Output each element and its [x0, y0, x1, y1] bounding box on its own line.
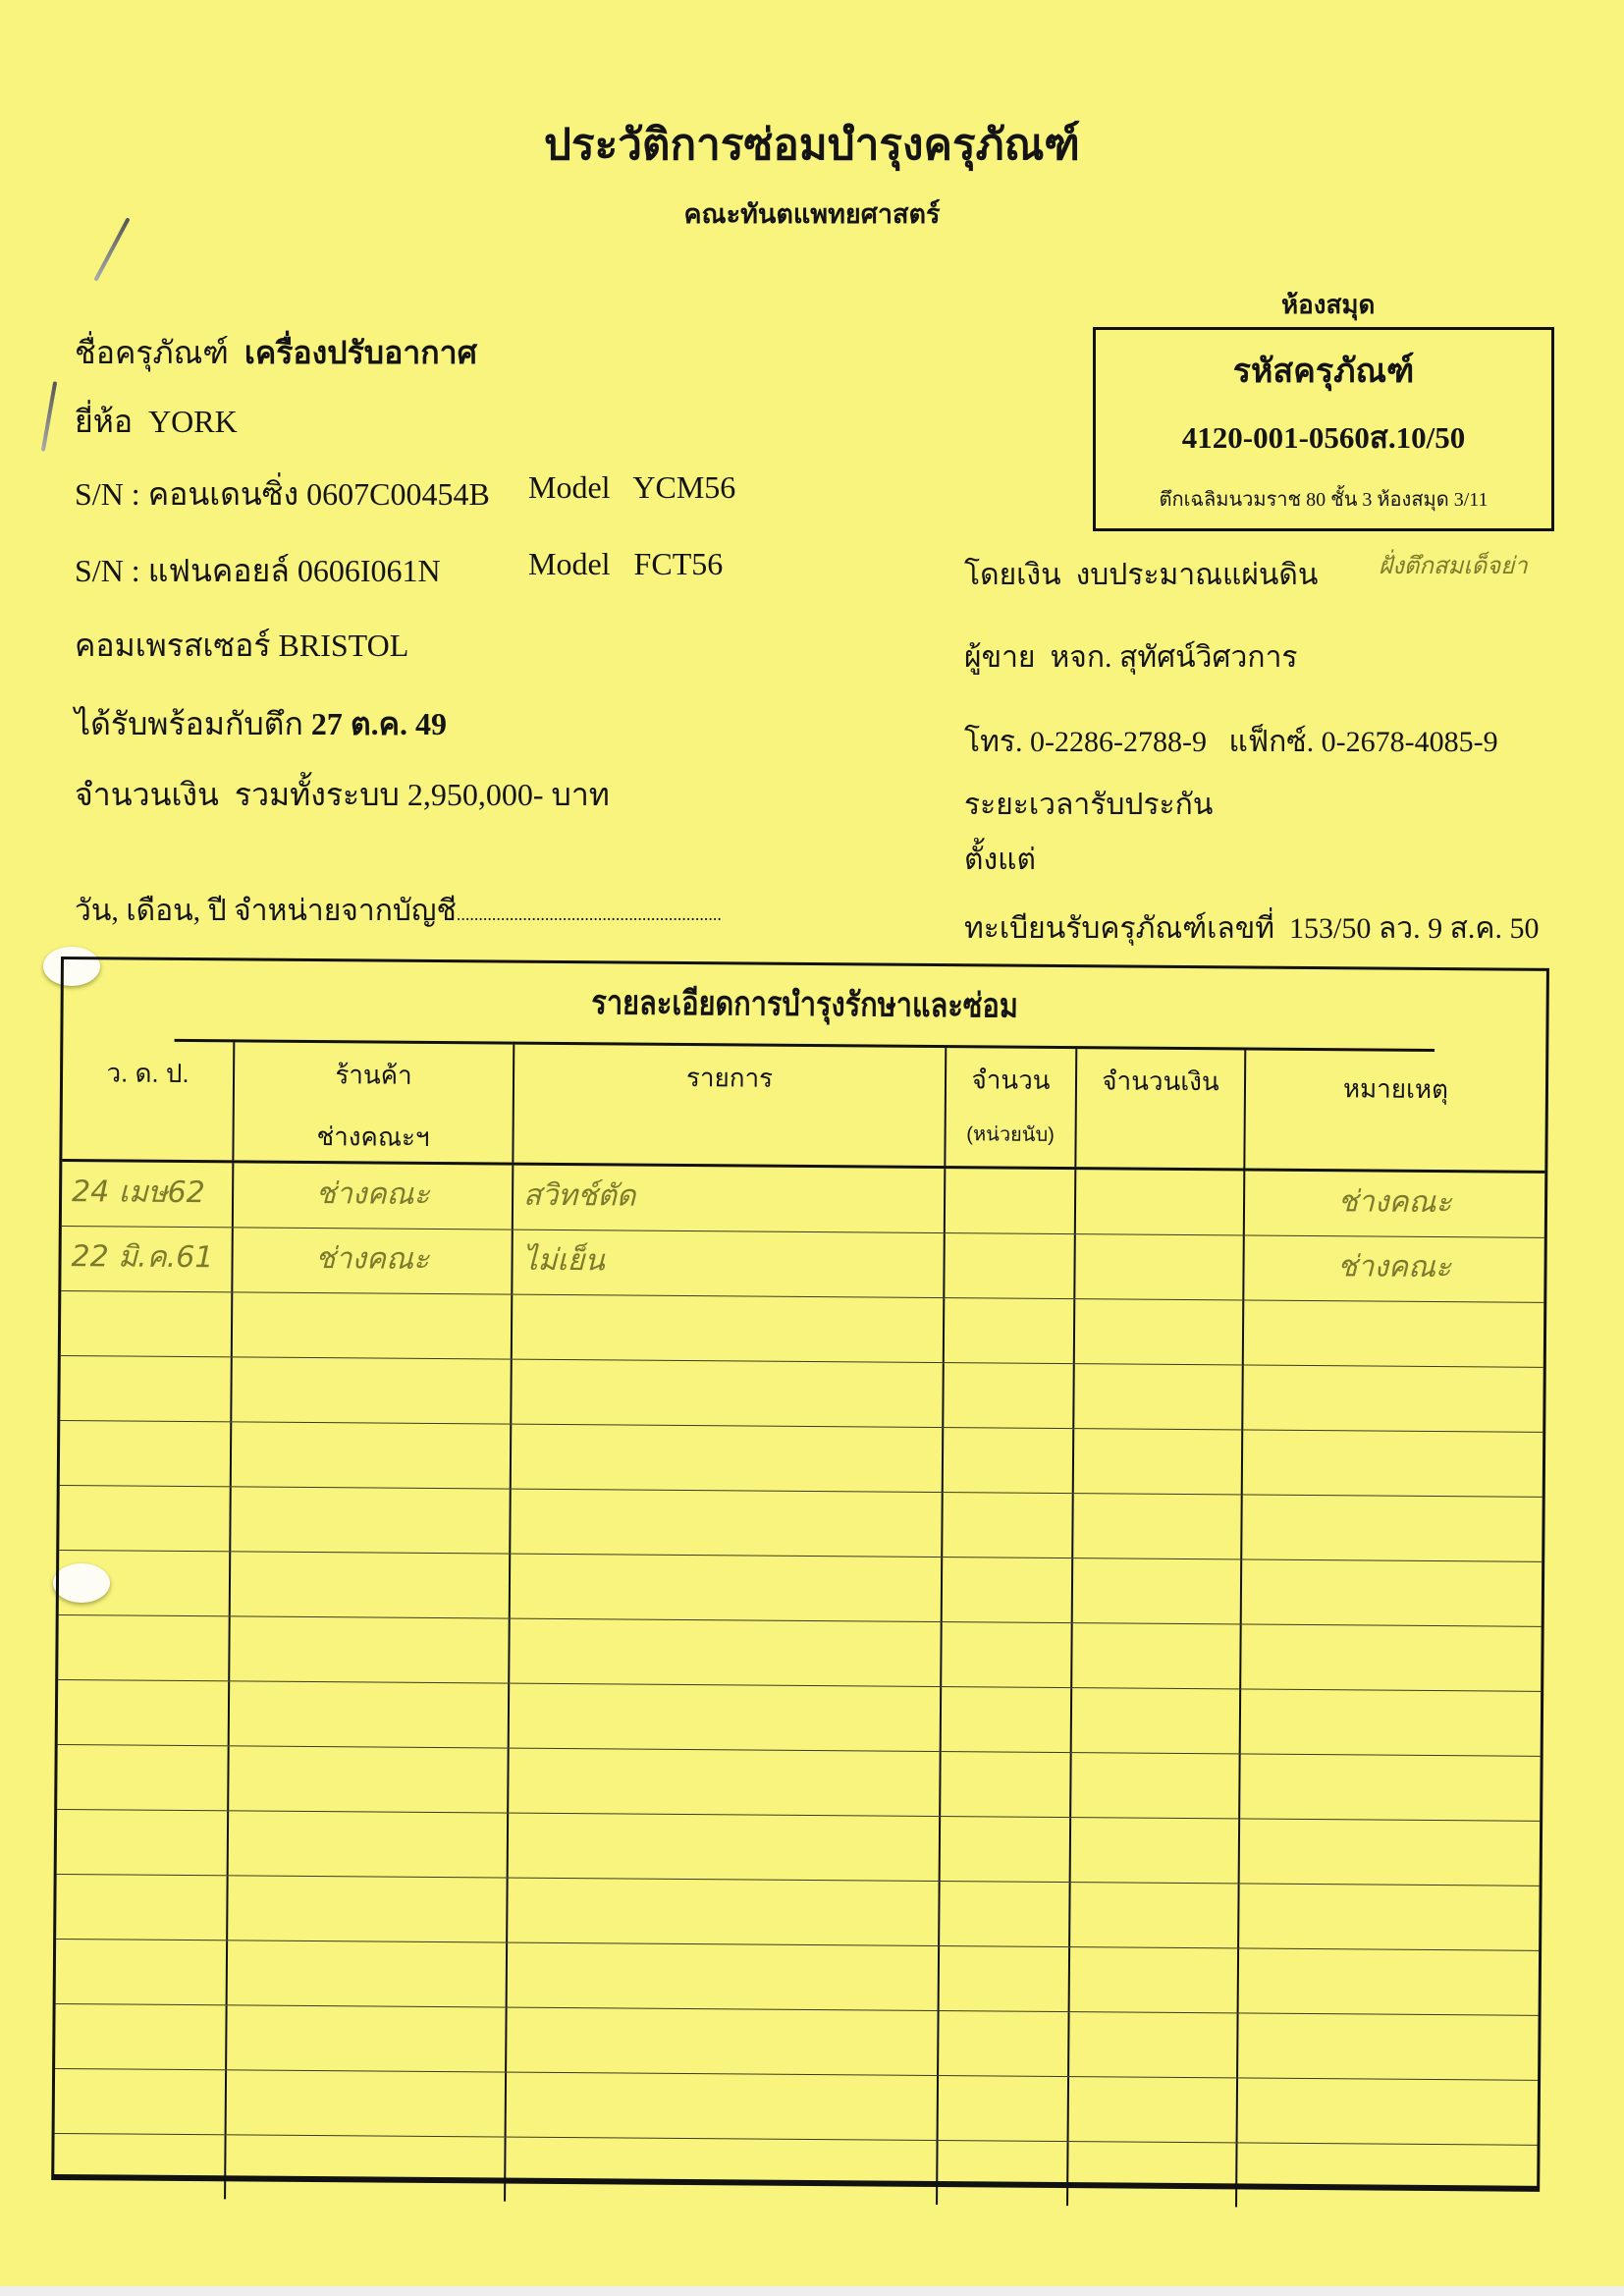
amount-label: จำนวนเงิน [75, 777, 219, 812]
sn2-model-value: FCT56 [634, 546, 724, 581]
cell-quantity [942, 1687, 1073, 1752]
cell-date [61, 1291, 234, 1356]
equipment-name-value: เครื่องปรับอากาศ [244, 335, 477, 370]
sn1-label: S/N : คอนเดนซิ่ง [75, 476, 298, 512]
cell-amount [1073, 1558, 1243, 1623]
cell-amount [1076, 1170, 1246, 1234]
cell-remarks [1244, 1300, 1544, 1366]
cell-vendor [231, 1552, 512, 1617]
table-row [54, 2134, 1537, 2210]
asset-code-box: รหัสครุภัณฑ์ 4120-001-0560ส.10/50 ตึกเฉล… [1093, 327, 1554, 531]
registry-field: ทะเบียนรับครุภัณฑ์เลขที่ 153/50 ลว. 9 ส.… [964, 905, 1540, 952]
cell-date [60, 1356, 233, 1421]
cell-remarks [1237, 2143, 1538, 2209]
cell-item [508, 1943, 940, 2010]
compressor-label: คอมเพรสเซอร์ [75, 628, 271, 663]
cell-item [510, 1684, 942, 1751]
table-row [58, 1680, 1541, 1757]
column-header-item: รายการ [514, 1045, 947, 1166]
cell-vendor [229, 1746, 510, 1812]
compressor-field: คอมเพรสเซอร์ BRISTOL [75, 621, 408, 671]
cell-item [512, 1425, 944, 1492]
cell-remarks [1243, 1365, 1543, 1431]
cell-remarks [1239, 1884, 1540, 1949]
seller-field: ผู้ขาย หจก. สุทัศน์วิศวการ [964, 634, 1298, 681]
cell-item [511, 1490, 943, 1557]
cell-quantity [939, 2076, 1070, 2141]
cell-vendor [230, 1616, 511, 1682]
cell-amount [1074, 1364, 1244, 1429]
sn1-model-value: YCM56 [632, 469, 735, 505]
brand-label: ยี่ห้อ [75, 404, 133, 439]
brand-field: ยี่ห้อ YORK [75, 397, 238, 447]
amount-field: จำนวนเงิน รวมทั้งระบบ 2,950,000- บาท [75, 770, 610, 820]
cell-item [511, 1555, 943, 1621]
table-row [60, 1356, 1543, 1433]
cell-item [508, 1879, 940, 1945]
cell-quantity [945, 1298, 1076, 1363]
cell-amount [1071, 1818, 1241, 1883]
cell-date [56, 1940, 229, 2004]
cell-amount [1074, 1429, 1244, 1494]
table-row [57, 1810, 1540, 1886]
cell-item [507, 2073, 939, 2140]
maintenance-table: รายละเอียดการบำรุงรักษาและซ่อม ว. ด. ป. … [51, 957, 1549, 2192]
handwritten-building-note: ฝั่งตึกสมเด็จย่า [1379, 546, 1528, 584]
cell-remarks [1238, 2013, 1539, 2079]
cell-vendor [227, 2070, 508, 2136]
funding-value: งบประมาณแผ่นดิน [1076, 559, 1319, 591]
cell-remarks [1242, 1559, 1543, 1625]
cell-date [59, 1486, 232, 1551]
writeoff-field: วัน, เดือน, ปี จำหน่ายจากบัญชี..........… [75, 888, 722, 934]
cell-date [55, 2069, 228, 2134]
cell-vendor [232, 1422, 513, 1488]
serial-fancoil-field: S/N : แฟนคอยล์ 0606I061N [75, 546, 441, 596]
cell-item [509, 1749, 941, 1816]
received-field: ได้รับพร้อมกับตึก 27 ต.ค. 49 [75, 699, 447, 749]
amount-value: รวมทั้งระบบ 2,950,000- บาท [235, 777, 610, 812]
cell-quantity [946, 1169, 1077, 1233]
cell-vendor [228, 1876, 509, 1941]
cell-vendor [227, 2005, 508, 2071]
cell-remarks [1243, 1430, 1543, 1496]
column-header-amount: จำนวนเงิน [1076, 1049, 1246, 1168]
cell-vendor: ช่างคณะ [234, 1163, 514, 1229]
model-fancoil-field: Model FCT56 [528, 546, 723, 582]
cell-quantity [940, 1882, 1071, 1946]
table-row: 22 มิ.ค.61ช่างคณะไม่เย็นช่างคณะ [61, 1227, 1543, 1303]
received-value: 27 ต.ค. 49 [311, 706, 447, 741]
cell-amount [1070, 1947, 1240, 2012]
seller-label: ผู้ขาย [964, 641, 1036, 674]
table-row [56, 1875, 1539, 1951]
equipment-name-field: ชื่อครุภัณฑ์ เครื่องปรับอากาศ [75, 328, 477, 378]
cell-quantity [945, 1233, 1076, 1298]
cell-vendor [233, 1292, 514, 1358]
cell-vendor [226, 2135, 507, 2201]
room-label: ห้องสมุด [1281, 285, 1375, 325]
cell-amount [1075, 1299, 1245, 1364]
registry-value: 153/50 ลว. 9 ส.ค. 50 [1289, 912, 1539, 945]
cell-vendor [230, 1681, 511, 1747]
cell-remarks [1240, 1754, 1541, 1820]
cell-amount [1069, 2077, 1239, 2142]
scan-edge [0, 2286, 1624, 2296]
registry-label: ทะเบียนรับครุภัณฑ์เลขที่ [964, 912, 1274, 945]
cell-date [58, 1680, 231, 1745]
staple-icon [41, 381, 57, 452]
cell-date: 24 เมษ62 [62, 1162, 235, 1227]
cell-amount [1073, 1494, 1243, 1558]
cell-amount [1072, 1623, 1242, 1688]
cell-quantity [943, 1493, 1074, 1558]
cell-remarks [1241, 1624, 1542, 1690]
cell-amount [1071, 1753, 1241, 1818]
asset-location: ตึกเฉลิมนวมราช 80 ชั้น 3 ห้องสมุด 3/11 [1096, 483, 1551, 515]
sn1-value: 0607C00454B [306, 476, 490, 512]
sn2-value: 0606I061N [298, 553, 441, 588]
table-row [59, 1486, 1542, 1562]
table-header-row: ว. ด. ป. ร้านค้า ช่างคณะฯ รายการ จำนวน (… [62, 1041, 1545, 1174]
cell-remarks [1241, 1689, 1542, 1755]
cell-amount [1068, 2142, 1238, 2207]
cell-item [506, 2138, 938, 2205]
funding-label: โดยเงิน [964, 559, 1061, 591]
cell-amount [1070, 1883, 1240, 1947]
writeoff-dotted-line: ........................................… [457, 904, 722, 924]
sn1-model-label: Model [528, 469, 611, 505]
cell-amount [1072, 1688, 1242, 1753]
fax-label: แฟ็กซ์. [1229, 726, 1315, 758]
asset-code-heading: รหัสครุภัณฑ์ [1096, 344, 1551, 397]
table-row [58, 1615, 1541, 1692]
table-row [60, 1421, 1543, 1498]
cell-remarks: ช่างคณะ [1245, 1171, 1545, 1236]
cell-item [512, 1360, 944, 1427]
contact-field: โทร. 0-2286-2788-9 แฟ็กซ์. 0-2678-4085-9 [964, 719, 1498, 765]
cell-remarks [1242, 1495, 1543, 1560]
cell-item [513, 1295, 945, 1362]
column-header-date: ว. ด. ป. [62, 1041, 235, 1160]
cell-item [509, 1814, 941, 1881]
cell-quantity [940, 1946, 1071, 2011]
cell-remarks [1238, 2078, 1539, 2144]
cell-date [56, 1875, 229, 1940]
sn2-label: S/N : แฟนคอยล์ [75, 553, 290, 588]
cell-date: 22 มิ.ค.61 [61, 1227, 234, 1291]
seller-value: หจก. สุทัศน์วิศวการ [1051, 641, 1298, 674]
cell-date [58, 1615, 231, 1680]
cell-date [54, 2134, 227, 2199]
table-row [55, 2004, 1538, 2081]
table-row [57, 1745, 1540, 1822]
cell-vendor [229, 1811, 510, 1877]
cell-quantity [941, 1817, 1072, 1882]
cell-item: สวิทช์ตัด [514, 1166, 946, 1232]
cell-quantity [942, 1622, 1073, 1687]
cell-quantity [944, 1363, 1075, 1428]
maintenance-table-title: รายละเอียดการบำรุงรักษาและซ่อม [175, 960, 1435, 1052]
table-row: 24 เมษ62ช่างคณะสวิทช์ตัดช่างคณะ [62, 1162, 1544, 1238]
cell-date [57, 1745, 230, 1810]
cell-quantity [941, 1752, 1072, 1817]
received-label: ได้รับพร้อมกับตึก [75, 706, 303, 741]
document-title: ประวัติการซ่อมบำรุงครุภัณฑ์ [0, 110, 1624, 179]
model-condensing-field: Model YCM56 [528, 469, 735, 506]
table-row [55, 2069, 1538, 2146]
cell-vendor: ช่างคณะ [233, 1228, 514, 1293]
serial-condensing-field: S/N : คอนเดนซิ่ง 0607C00454B [75, 469, 490, 519]
table-body: 24 เมษ62ช่างคณะสวิทช์ตัดช่างคณะ22 มิ.ค.6… [54, 1162, 1544, 2195]
cell-quantity [944, 1428, 1075, 1493]
cell-item [510, 1619, 942, 1686]
cell-date [55, 2004, 228, 2069]
funding-field: โดยเงิน งบประมาณแผ่นดิน [964, 552, 1318, 598]
cell-item [507, 2008, 939, 2075]
cell-remarks: ช่างคณะ [1244, 1235, 1544, 1301]
table-row [61, 1291, 1543, 1368]
equipment-name-label: ชื่อครุภัณฑ์ [75, 335, 229, 370]
asset-code: 4120-001-0560ส.10/50 [1096, 412, 1551, 462]
table-row [59, 1551, 1542, 1627]
cell-quantity [939, 2011, 1070, 2076]
phone-label: โทร. [964, 726, 1023, 758]
cell-quantity [938, 2141, 1069, 2206]
phone-value: 0-2286-2788-9 [1030, 726, 1207, 758]
cell-date [59, 1551, 232, 1615]
column-header-remarks: หมายเหตุ [1245, 1050, 1545, 1170]
cell-vendor [231, 1487, 512, 1553]
cell-vendor [232, 1357, 513, 1423]
cell-amount [1069, 2012, 1239, 2077]
sn2-model-label: Model [528, 546, 611, 581]
cell-date [57, 1810, 230, 1875]
cell-quantity [943, 1558, 1074, 1622]
cell-remarks [1240, 1819, 1541, 1885]
brand-value: YORK [148, 404, 238, 439]
table-row [56, 1940, 1539, 2016]
column-header-quantity: จำนวน (หน่วยนับ) [946, 1048, 1077, 1167]
cell-date [60, 1421, 233, 1486]
column-header-vendor: ร้านค้า ช่างคณะฯ [234, 1042, 514, 1162]
cell-item: ไม่เย็น [513, 1230, 945, 1297]
compressor-value: BRISTOL [279, 628, 409, 663]
cell-vendor [228, 1941, 509, 2006]
cell-remarks [1239, 1948, 1540, 2014]
warranty-since-field: ตั้งแต่ [964, 837, 1036, 883]
cell-amount [1075, 1234, 1245, 1299]
writeoff-label: วัน, เดือน, ปี จำหน่ายจากบัญชี [75, 895, 457, 927]
faculty-subtitle: คณะทันตแพทยศาสตร์ [0, 192, 1624, 235]
fax-value: 0-2678-4085-9 [1322, 726, 1498, 758]
warranty-field: ระยะเวลารับประกัน [964, 782, 1213, 828]
